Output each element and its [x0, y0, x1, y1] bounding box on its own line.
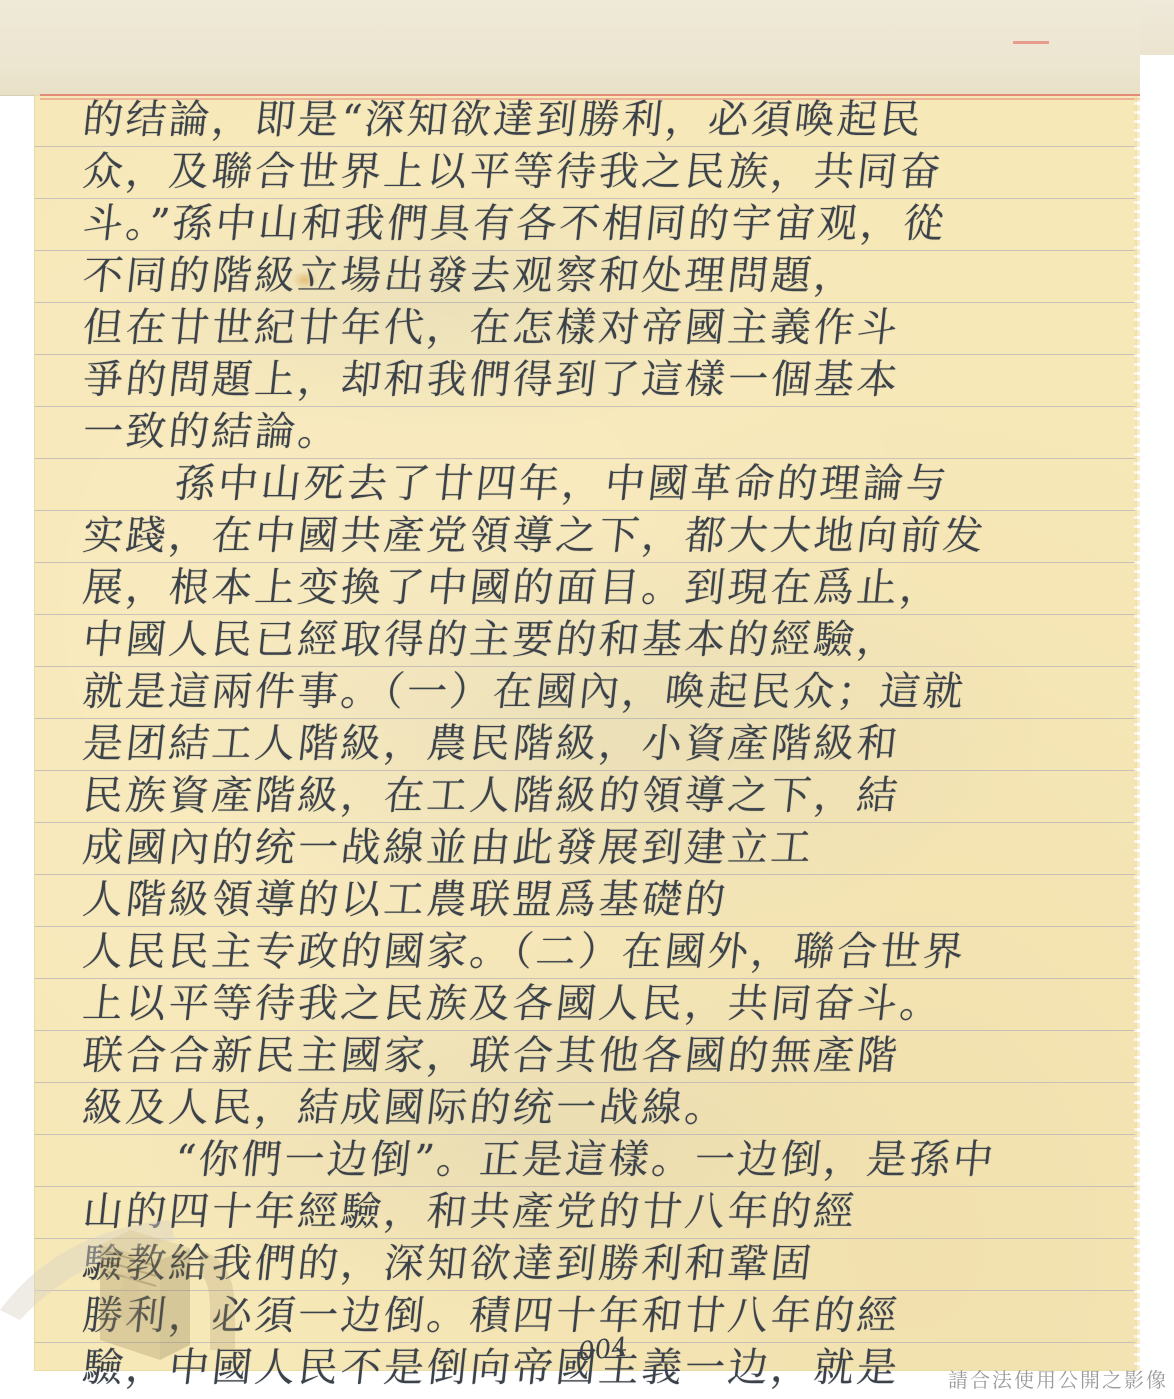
manuscript-line: 成國內的统一战線並由此發展到建立工 [80, 822, 1145, 874]
manuscript-line: 人階級領導的以工農联盟爲基礎的 [80, 874, 1145, 926]
manuscript-page: 的结論，即是“深知欲達到勝利，必須喚起民 众，及聯合世界上以平等待我之民族，共同… [35, 96, 1136, 1370]
manuscript-line: 展，根本上变換了中國的面目。到現在爲止， [80, 562, 1145, 614]
manuscript-line: 中國人民已經取得的主要的和基本的經驗， [80, 614, 1145, 666]
manuscript-line: 上以平等待我之民族及各國人民，共同奋斗。 [80, 978, 1145, 1030]
manuscript-line-paragraph-start: “你們一边倒”。正是這樣。一边倒，是孫中 [80, 1134, 1174, 1186]
archive-watermark-logo-icon [0, 1200, 240, 1370]
manuscript-line: 驗教給我們的，深知欲達到勝利和鞏固 [80, 1238, 1145, 1290]
manuscript-line: 爭的問題上，却和我們得到了這樣一個基本 [80, 354, 1145, 406]
manuscript-line: 斗。”孫中山和我們具有各不相同的宇宙观，從 [80, 198, 1145, 250]
manuscript-line: 一致的結論。 [80, 406, 1145, 458]
manuscript-line: 級及人民，結成國际的统一战線。 [80, 1082, 1145, 1134]
red-pencil-mark [1013, 41, 1049, 44]
underlying-sheet-strip [0, 0, 1140, 96]
usage-notice: 請合法使用公開之影像 [948, 1364, 1168, 1393]
manuscript-line: 但在廿世紀廿年代，在怎樣对帝國主義作斗 [80, 302, 1145, 354]
manuscript-line: 山的四十年經驗，和共產党的廿八年的經 [80, 1186, 1145, 1238]
page-number: 004 [577, 1332, 628, 1368]
manuscript-line: 众，及聯合世界上以平等待我之民族，共同奋 [80, 146, 1145, 198]
manuscript-line: 就是這兩件事。（一）在國內，喚起民众；這就 [80, 666, 1145, 718]
manuscript-line: 实踐，在中國共產党領導之下，都大大地向前发 [80, 510, 1145, 562]
manuscript-line: 的结論，即是“深知欲達到勝利，必須喚起民 [80, 94, 1145, 146]
manuscript-line: 是团結工人階級，農民階級，小資產階級和 [80, 718, 1145, 770]
manuscript-line-paragraph-start: 孫中山死去了廿四年，中國革命的理論与 [80, 458, 1174, 510]
manuscript-line: 不同的階級立場出發去观察和处理問題， [80, 250, 1145, 302]
manuscript-line: 人民民主专政的國家。（二）在國外，聯合世界 [80, 926, 1145, 978]
manuscript-line: 联合合新民主國家，联合其他各國的無產階 [80, 1030, 1145, 1082]
manuscript-line: 民族資產階級，在工人階級的領導之下，結 [80, 770, 1145, 822]
